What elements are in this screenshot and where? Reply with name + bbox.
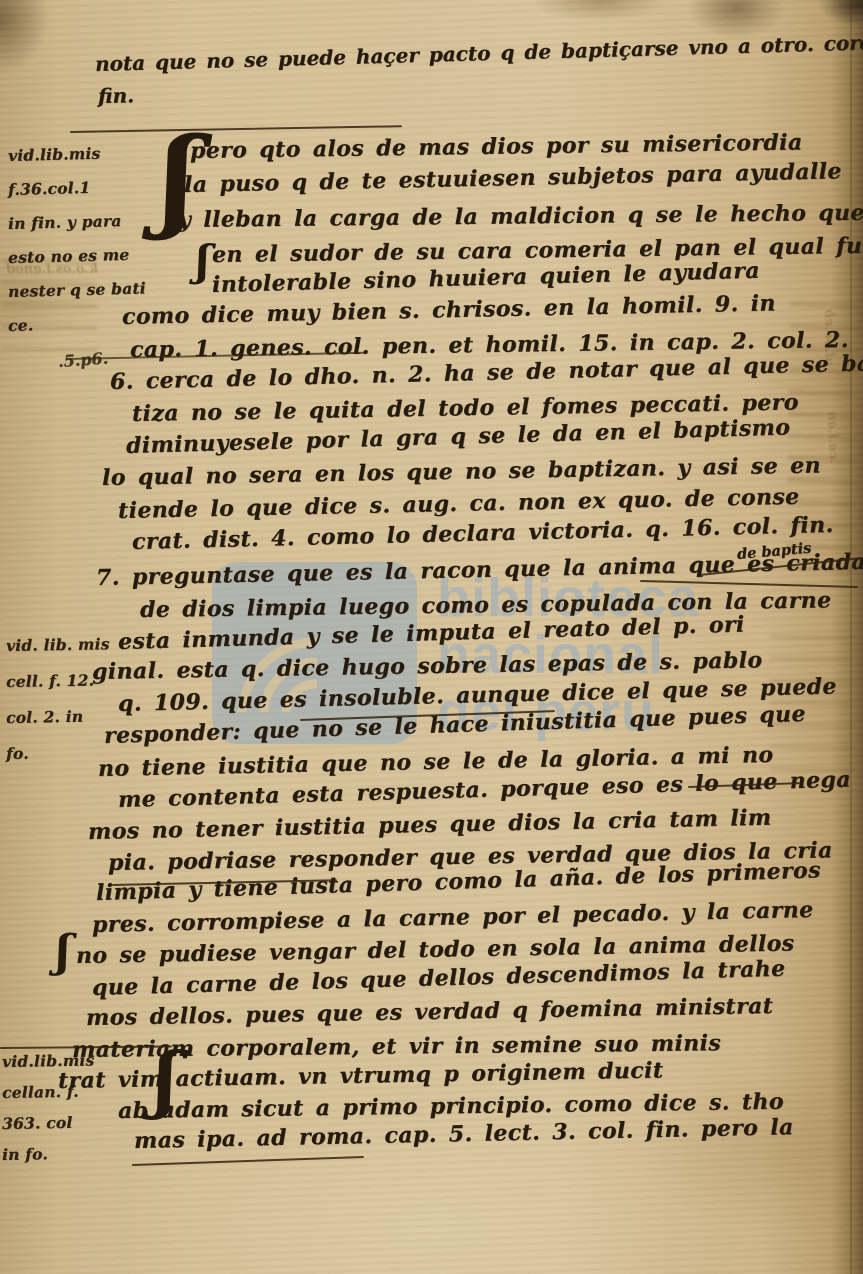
brace-mark: ʃ xyxy=(160,128,196,228)
margin-note-line: ce. xyxy=(8,315,34,335)
margin-note-line: in fo. xyxy=(2,1144,48,1164)
margin-mark: .5.p6. xyxy=(57,349,108,371)
margin-note-line: cell. f. 12. xyxy=(6,670,94,691)
margin-note-line: f.36.col.1 xyxy=(8,178,91,199)
manuscript-page: bibliotecanacionaldel perú k.o.os.i.anod… xyxy=(0,0,863,1274)
margin-note-line: nester q se bati xyxy=(8,278,146,301)
manuscript-line: pero qto alos de mas dios por su miseric… xyxy=(190,129,803,164)
margin-note-line: esto no es me xyxy=(8,245,130,267)
manuscript-line: mos dellos. pues que es verdad q foemina… xyxy=(86,993,774,1031)
manuscript-line: la puso q de te estuuiesen subjetos para… xyxy=(184,158,842,198)
strikethrough xyxy=(640,580,858,588)
brace-mark: ʃ xyxy=(154,1046,178,1112)
margin-note-line: 363. col xyxy=(2,1113,73,1133)
brace-mark: ʃ xyxy=(196,236,210,285)
margin-note-line: vid. lib. mis xyxy=(6,634,110,655)
page-edge xyxy=(850,0,852,1274)
margin-note-rule xyxy=(70,125,402,133)
top-note-line: fin. xyxy=(98,83,135,108)
margin-note-line: in fin. y para xyxy=(8,211,122,233)
underline xyxy=(132,1156,364,1166)
margin-note-line: fo. xyxy=(6,744,29,763)
brace-mark: ʃ xyxy=(56,926,71,977)
showthrough-marks: .ca.i.an xyxy=(824,411,841,464)
top-note-line: nota que no se puede haçer pacto q de ba… xyxy=(95,27,863,76)
margin-note-line: col. 2. in xyxy=(6,707,84,727)
margin-note-line: vid.lib.mis xyxy=(8,144,101,165)
manuscript-line: y lleban la carga de la maldicion q se l… xyxy=(178,200,863,233)
manuscript-line: trat vim actiuam. vn vtrumq p originem d… xyxy=(58,1057,664,1094)
